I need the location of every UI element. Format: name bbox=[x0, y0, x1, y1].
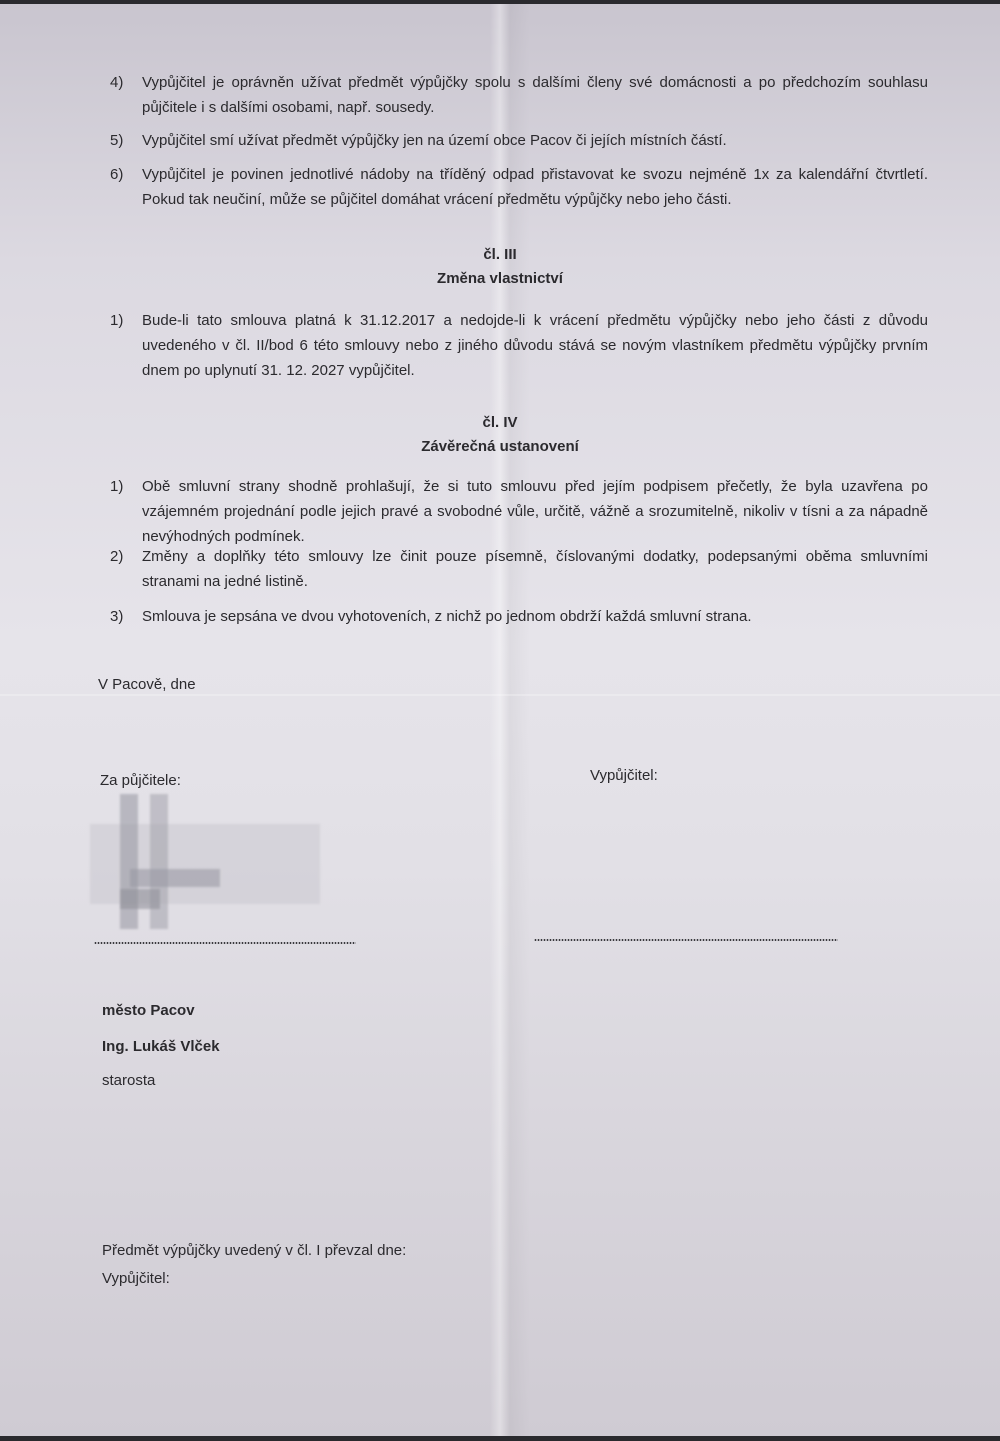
clause-4-2: 2) Změny a doplňky této smlouvy lze čini… bbox=[110, 544, 928, 594]
clause-2-6: 6) Vypůjčitel je povinen jednotlivé nádo… bbox=[110, 162, 928, 212]
handover-label: Předmět výpůjčky uvedený v čl. I převzal… bbox=[102, 1242, 406, 1259]
redacted-signature-stamp bbox=[90, 794, 320, 929]
article-4-title: Závěrečná ustanovení bbox=[0, 438, 1000, 455]
article-3-title: Změna vlastnictví bbox=[0, 270, 1000, 287]
paper-fold bbox=[0, 694, 1000, 696]
clause-2-4: 4) Vypůjčitel je oprávněn užívat předmět… bbox=[110, 70, 928, 120]
clause-4-3: 3) Smlouva je sepsána ve dvou vyhotovení… bbox=[110, 604, 928, 629]
article-3-number: čl. III bbox=[0, 246, 1000, 263]
clause-text: Bude-li tato smlouva platná k 31.12.2017… bbox=[142, 308, 928, 383]
clause-number: 1) bbox=[110, 474, 140, 499]
article-4-number: čl. IV bbox=[0, 414, 1000, 431]
clause-4-1: 1) Obě smluvní strany shodně prohlašují,… bbox=[110, 474, 928, 549]
clause-number: 5) bbox=[110, 128, 140, 153]
clause-text: Vypůjčitel je oprávněn užívat předmět vý… bbox=[142, 70, 928, 120]
clause-number: 4) bbox=[110, 70, 140, 95]
clause-2-5: 5) Vypůjčitel smí užívat předmět výpůjčk… bbox=[110, 128, 928, 153]
lender-name: Ing. Lukáš Vlček bbox=[102, 1038, 220, 1055]
place-date: V Pacově, dne bbox=[98, 676, 196, 693]
clause-text: Změny a doplňky této smlouvy lze činit p… bbox=[142, 544, 928, 594]
borrower-label: Vypůjčitel: bbox=[590, 767, 658, 784]
handover-borrower-label: Vypůjčitel: bbox=[102, 1270, 170, 1287]
clause-text: Smlouva je sepsána ve dvou vyhotoveních,… bbox=[142, 604, 928, 629]
clause-text: Obě smluvní strany shodně prohlašují, že… bbox=[142, 474, 928, 549]
clause-number: 2) bbox=[110, 544, 140, 569]
clause-number: 1) bbox=[110, 308, 140, 333]
lender-label: Za půjčitele: bbox=[100, 772, 181, 789]
clause-text: Vypůjčitel smí užívat předmět výpůjčky j… bbox=[142, 128, 928, 153]
lender-role: starosta bbox=[102, 1072, 155, 1089]
document-page: 4) Vypůjčitel je oprávněn užívat předmět… bbox=[0, 4, 1000, 1436]
clause-number: 6) bbox=[110, 162, 140, 187]
clause-number: 3) bbox=[110, 604, 140, 629]
lender-organization: město Pacov bbox=[102, 1002, 195, 1019]
clause-text: Vypůjčitel je povinen jednotlivé nádoby … bbox=[142, 162, 928, 212]
lender-signature-line bbox=[94, 942, 356, 944]
clause-3-1: 1) Bude-li tato smlouva platná k 31.12.2… bbox=[110, 308, 928, 383]
borrower-signature-line bbox=[534, 939, 838, 941]
